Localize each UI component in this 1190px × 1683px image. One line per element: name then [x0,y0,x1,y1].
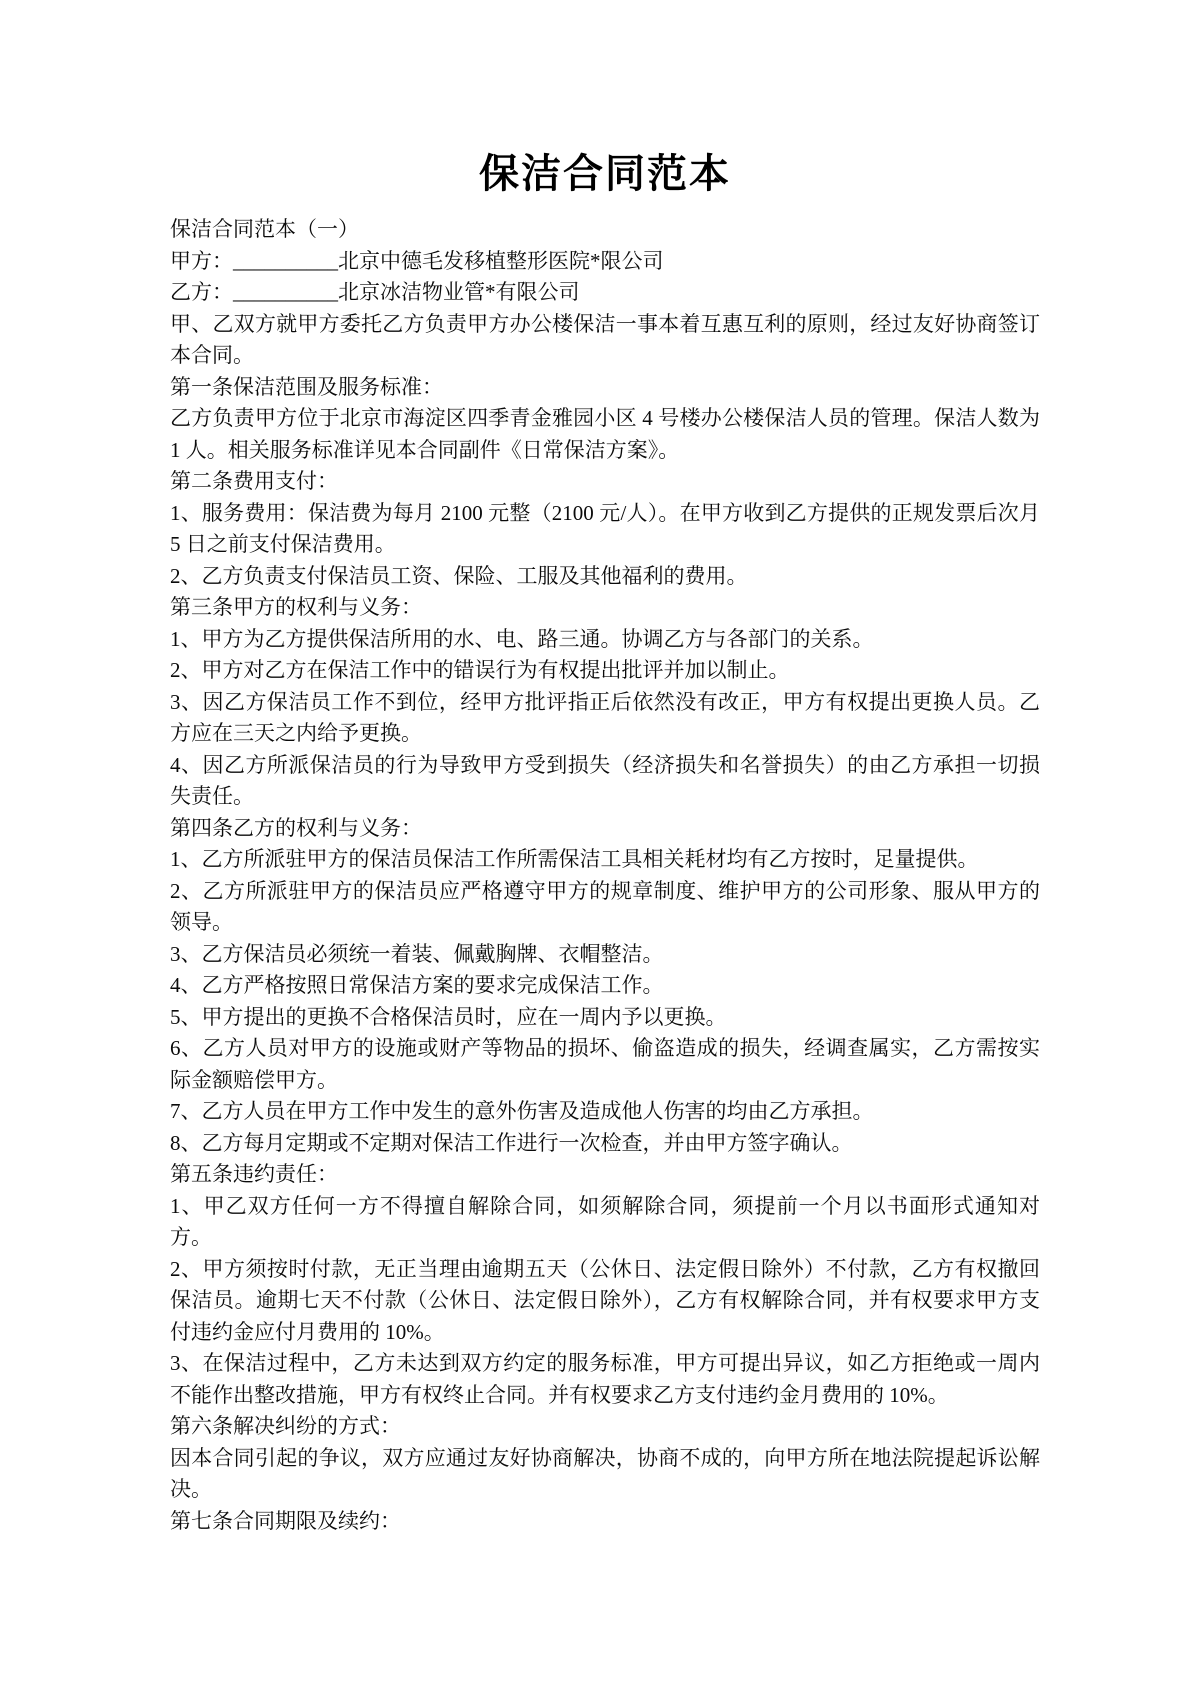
paragraph: 第四条乙方的权利与义务： [170,813,1040,845]
paragraph: 乙方负责甲方位于北京市海淀区四季青金雅园小区 4 号楼办公楼保洁人员的管理。保洁… [170,403,1040,466]
page-title: 保洁合同范本 [170,150,1040,198]
paragraph: 第五条违约责任： [170,1159,1040,1191]
paragraph: 乙方：__________北京冰洁物业管*有限公司 [170,277,1040,309]
paragraph: 因本合同引起的争议，双方应通过友好协商解决，协商不成的，向甲方所在地法院提起诉讼… [170,1443,1040,1506]
paragraph: 3、乙方保洁员必须统一着装、佩戴胸牌、衣帽整洁。 [170,939,1040,971]
paragraph: 第六条解决纠纷的方式： [170,1411,1040,1443]
paragraph: 1、甲方为乙方提供保洁所用的水、电、路三通。协调乙方与各部门的关系。 [170,624,1040,656]
paragraph: 1、服务费用：保洁费为每月 2100 元整（2100 元/人）。在甲方收到乙方提… [170,498,1040,561]
paragraph: 1、乙方所派驻甲方的保洁员保洁工作所需保洁工具相关耗材均有乙方按时，足量提供。 [170,844,1040,876]
paragraph: 4、乙方严格按照日常保洁方案的要求完成保洁工作。 [170,970,1040,1002]
paragraph: 2、乙方所派驻甲方的保洁员应严格遵守甲方的规章制度、维护甲方的公司形象、服从甲方… [170,876,1040,939]
paragraph: 6、乙方人员对甲方的设施或财产等物品的损坏、偷盗造成的损失，经调查属实，乙方需按… [170,1033,1040,1096]
paragraph: 甲、乙双方就甲方委托乙方负责甲方办公楼保洁一事本着互惠互利的原则，经过友好协商签… [170,309,1040,372]
document-body: 保洁合同范本（一）甲方：__________北京中德毛发移植整形医院*限公司乙方… [170,214,1040,1537]
paragraph: 第三条甲方的权利与义务： [170,592,1040,624]
paragraph: 7、乙方人员在甲方工作中发生的意外伤害及造成他人伤害的均由乙方承担。 [170,1096,1040,1128]
paragraph: 1、甲乙双方任何一方不得擅自解除合同，如须解除合同，须提前一个月以书面形式通知对… [170,1191,1040,1254]
paragraph: 2、甲方对乙方在保洁工作中的错误行为有权提出批评并加以制止。 [170,655,1040,687]
paragraph: 8、乙方每月定期或不定期对保洁工作进行一次检查，并由甲方签字确认。 [170,1128,1040,1160]
paragraph: 3、在保洁过程中，乙方未达到双方约定的服务标准，甲方可提出异议，如乙方拒绝或一周… [170,1348,1040,1411]
contract-page: 保洁合同范本 保洁合同范本（一）甲方：__________北京中德毛发移植整形医… [0,0,1190,1683]
paragraph: 2、乙方负责支付保洁员工资、保险、工服及其他福利的费用。 [170,561,1040,593]
paragraph: 5、甲方提出的更换不合格保洁员时，应在一周内予以更换。 [170,1002,1040,1034]
paragraph: 2、甲方须按时付款，无正当理由逾期五天（公休日、法定假日除外）不付款，乙方有权撤… [170,1254,1040,1349]
paragraph: 3、因乙方保洁员工作不到位，经甲方批评指正后依然没有改正，甲方有权提出更换人员。… [170,687,1040,750]
paragraph: 保洁合同范本（一） [170,214,1040,246]
paragraph: 第七条合同期限及续约： [170,1506,1040,1538]
paragraph: 第二条费用支付： [170,466,1040,498]
paragraph: 甲方：__________北京中德毛发移植整形医院*限公司 [170,246,1040,278]
paragraph: 第一条保洁范围及服务标准： [170,372,1040,404]
paragraph: 4、因乙方所派保洁员的行为导致甲方受到损失（经济损失和名誉损失）的由乙方承担一切… [170,750,1040,813]
